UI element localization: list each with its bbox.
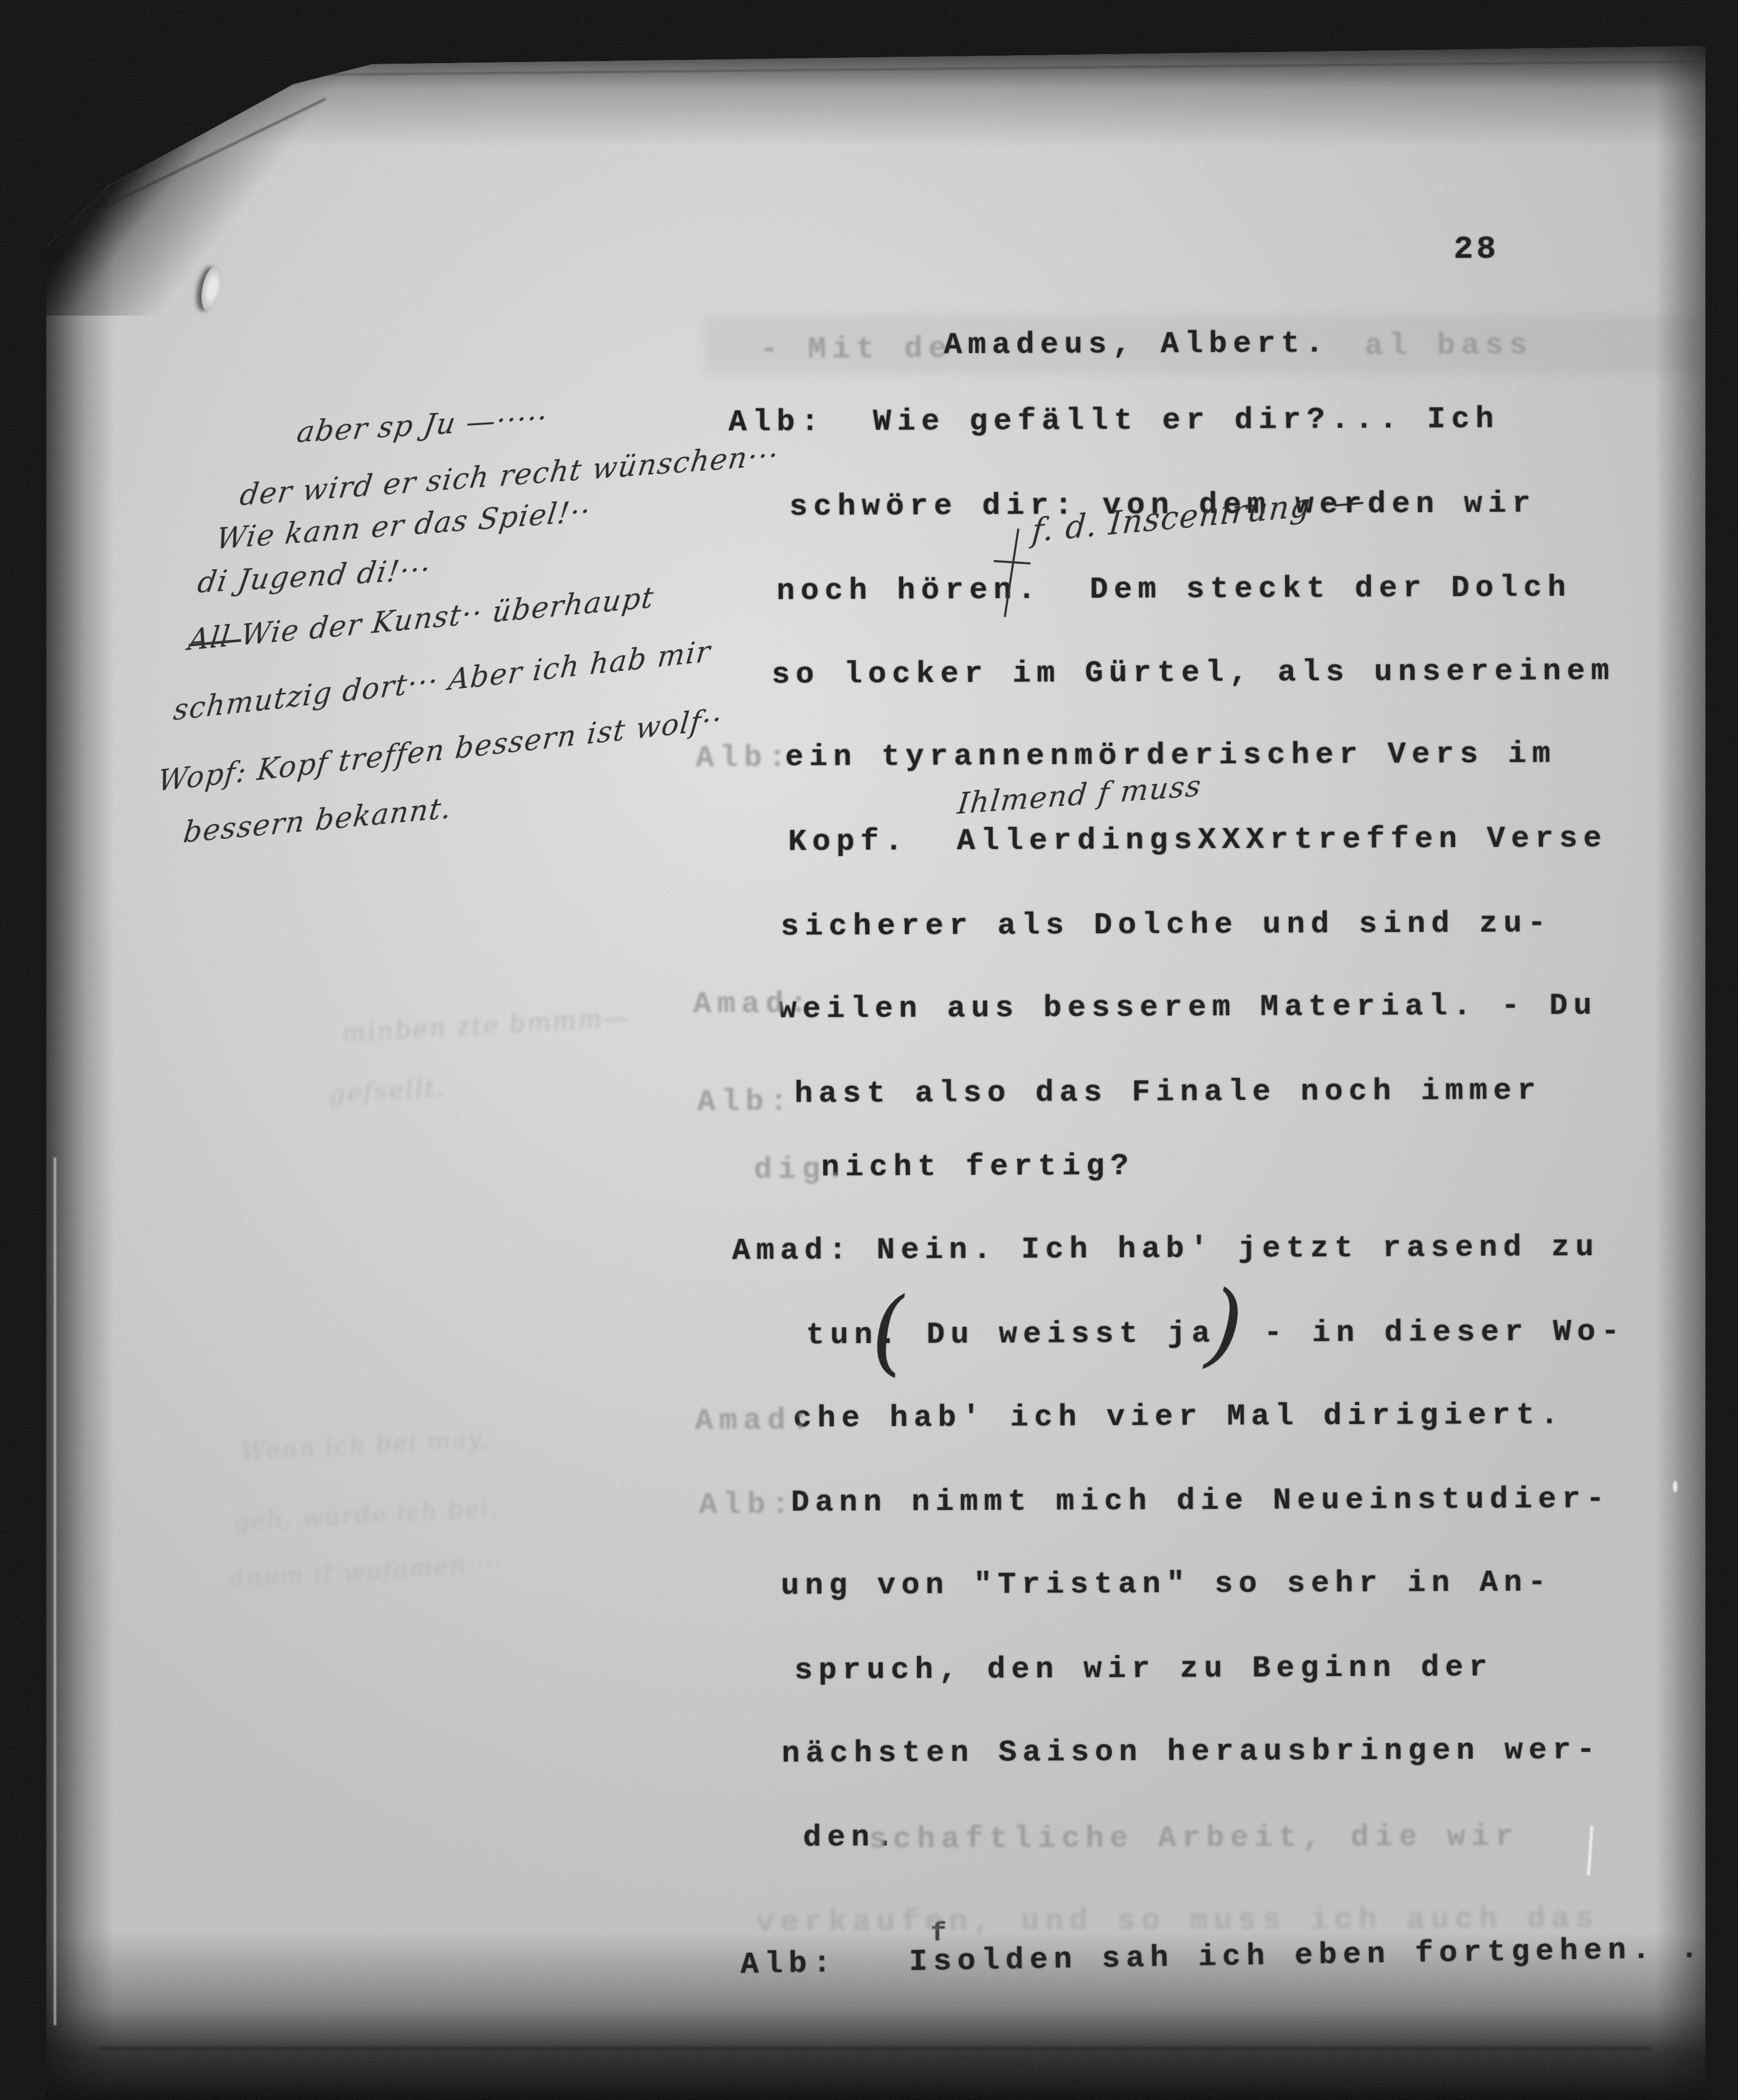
- bleedthrough-label: Amad:: [695, 1404, 815, 1438]
- typed-line: Kopf. AllerdingsXXXrtreffen Verse: [788, 824, 1608, 858]
- scene-title: Amadeus, Albert.: [944, 329, 1329, 361]
- text-layer: 28 - Mit de al bass Amadeus, Albert. Alb…: [0, 0, 1738, 2100]
- handwritten-insertion: Ihlmend f muss: [956, 769, 1204, 821]
- typed-line: Alb: Wie gefällt er dir?... Ich: [729, 405, 1500, 438]
- typed-line: Alb: Isolden sah ich eben fortgehen. .: [740, 1934, 1704, 1981]
- typed-line: so locker im Gürtel, als unsereinem: [772, 657, 1615, 691]
- bleedthrough-label: Alb:: [695, 741, 792, 776]
- handwritten-paren-close: ): [1204, 1270, 1247, 1379]
- pencil-note-illegible: minben zte bmmm—: [341, 1003, 631, 1048]
- pencil-note-illegible: geh, würde ich bei.: [233, 1493, 500, 1537]
- typed-line: nicht fertig?: [821, 1152, 1135, 1184]
- typed-line: weilen aus besserem Material. - Du: [779, 991, 1598, 1025]
- typed-line: ung von "Tristan" so sehr in An-: [781, 1568, 1552, 1601]
- bleedthrough-label: Amad:: [693, 987, 813, 1022]
- bleedthrough-title-left: - Mit de: [760, 332, 953, 367]
- bleedthrough-label: Alb:: [699, 1488, 796, 1523]
- page-number: 28: [1453, 233, 1499, 266]
- bleedthrough-title-right: al bass: [1365, 328, 1533, 363]
- typed-line: Dann nimmt mich die Neueinstudier-: [791, 1485, 1611, 1519]
- typed-line: ein tyrannenmörderischer Vers im: [785, 739, 1556, 773]
- bleedthrough-label: dig.: [754, 1153, 851, 1187]
- bleedthrough-line: schaftliche Arbeit, die wir: [868, 1820, 1519, 1857]
- pencil-note-illegible: gefsellt.: [328, 1073, 447, 1109]
- marginalia-line: di Jugend di!···: [195, 552, 433, 600]
- typed-line: Amad: Nein. Ich hab' jetzt rasend zu: [732, 1233, 1600, 1267]
- scanned-typescript-page: { "document": { "page_number": "28", "ti…: [0, 0, 1738, 2100]
- bleedthrough-label: Alb:: [697, 1085, 794, 1120]
- marginalia-line: bessern bekannt.: [181, 791, 454, 850]
- typed-line: nächsten Saison herausbringen wer-: [782, 1735, 1601, 1770]
- marginalia-line: aber sp Ju —·····: [295, 401, 550, 449]
- typed-line: sicherer als Dolche und sind zu-: [781, 908, 1552, 942]
- pencil-note-illegible: Wenn ich bei may,: [240, 1423, 490, 1466]
- typed-line: che hab' ich vier Mal dirigiert.: [793, 1400, 1564, 1434]
- bleedthrough-line: verkaufen, und so muss ich auch das: [756, 1902, 1599, 1940]
- typed-line: spruch, den wir zu Beginn der: [794, 1653, 1493, 1687]
- pencil-note-illegible: dnum it wufamen····: [228, 1549, 504, 1593]
- typed-line: hast also das Finale noch immer: [794, 1076, 1541, 1109]
- typed-line: noch hören. Dem steckt der Dolch: [776, 573, 1572, 607]
- handwritten-paren-open: (: [866, 1278, 911, 1388]
